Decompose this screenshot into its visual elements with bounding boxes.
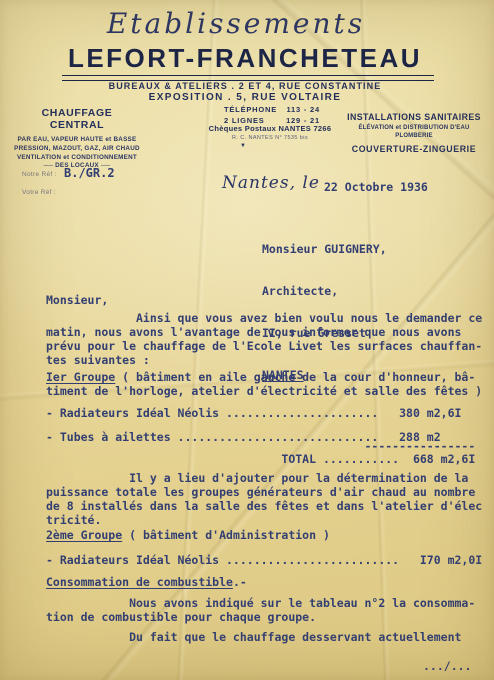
phone-value: 113 - 24 — [286, 105, 320, 114]
registre-commerce: R. C. NANTES N° 7535 bis — [185, 135, 355, 141]
group1-heading-title: Ier Groupe — [46, 370, 115, 384]
paragraph-4: Du fait que le chauffage desservant actu… — [46, 630, 461, 644]
consommation-heading: Consommation de combustible.- — [46, 575, 247, 589]
group1-total: TOTAL ........... 668 m2,6I — [46, 452, 475, 466]
votre-ref-label: Votre Réf : — [22, 189, 56, 196]
cheques-postaux: Chèques Postaux NANTES 7266 — [185, 124, 355, 133]
company-name: LEFORT-FRANCHETEAU — [0, 43, 490, 74]
paragraph-1: Ainsi que vous avez bien voulu nous le d… — [46, 311, 482, 367]
dateline-date: 22 Octobre 1936 — [324, 180, 428, 194]
address-bureaux: BUREAUX & ATELIERS . 2 ET 4, RUE CONSTAN… — [0, 81, 490, 91]
group1-item-radiateurs: - Radiateurs Idéal Néolis ..............… — [46, 406, 461, 420]
group2-heading: 2ème Groupe ( bâtiment d'Administration … — [46, 528, 330, 542]
group2-item-radiateurs: - Radiateurs Idéal Néolis ..............… — [46, 553, 482, 567]
down-triangle-ornament: ▼ — [240, 143, 246, 149]
dateline-place: Nantes, le — [222, 173, 320, 193]
group2-heading-title: 2ème Groupe — [46, 528, 122, 542]
sanitaires-line: ÉLÉVATION et DISTRIBUTION D'EAU — [340, 125, 488, 131]
letter-page: Etablissements LEFORT-FRANCHETEAU BUREAU… — [0, 0, 494, 680]
continuation-mark: .../... — [423, 659, 471, 673]
group1-heading: Ier Groupe ( bâtiment en aile gauche de … — [46, 370, 475, 384]
recipient-title: Architecte, — [262, 284, 387, 298]
paragraph-2: Il y a lieu d'ajouter pour la déterminat… — [46, 471, 482, 527]
chauffage-line: VENTILATION et CONDITIONNEMENT — [13, 154, 141, 161]
paragraph-3: Nous avons indiqué sur le tableau n°2 la… — [46, 596, 475, 624]
chauffage-line: PRESSION, MAZOUT, GAZ, AIR CHAUD — [13, 145, 141, 152]
phone-label: TÉLÉPHONE — [224, 105, 277, 114]
letterhead-script-title: Etablissements — [0, 7, 472, 40]
chauffage-title: CHAUFFAGE CENTRAL — [13, 107, 141, 131]
consommation-heading-rest: .- — [233, 575, 247, 589]
services-left-block: CHAUFFAGE CENTRAL PAR EAU, VAPEUR HAUTE … — [13, 107, 141, 171]
address-exposition: EXPOSITION . 5, RUE VOLTAIRE — [0, 92, 490, 103]
chauffage-line: PAR EAU, VAPEUR HAUTE et BASSE — [13, 136, 141, 143]
services-right-block: INSTALLATIONS SANITAIRES ÉLÉVATION et DI… — [340, 112, 488, 154]
consommation-heading-title: Consommation de combustible — [46, 575, 233, 589]
sanitaires-title: INSTALLATIONS SANITAIRES — [340, 112, 488, 122]
phone-row: TÉLÉPHONE 113 - 24 — [224, 105, 320, 114]
recipient-name: Monsieur GUIGNERY, — [262, 242, 387, 256]
notre-ref-value: B./GR.2 — [64, 166, 115, 180]
group1-heading-rest: ( bâtiment en aile gauche de la cour d'h… — [115, 370, 475, 384]
group1-total-rule: ---------------- — [46, 439, 475, 453]
sanitaires-line: PLOMBERIE — [340, 133, 488, 139]
group2-heading-rest: ( bâtiment d'Administration ) — [122, 528, 330, 542]
group1-heading-line2: timent de l'horloge, atelier d'électrici… — [46, 384, 482, 398]
notre-ref-label: Notre Réf : — [22, 171, 57, 178]
salutation: Monsieur, — [46, 293, 108, 307]
couverture-title: COUVERTURE-ZINGUERIE — [340, 144, 488, 154]
